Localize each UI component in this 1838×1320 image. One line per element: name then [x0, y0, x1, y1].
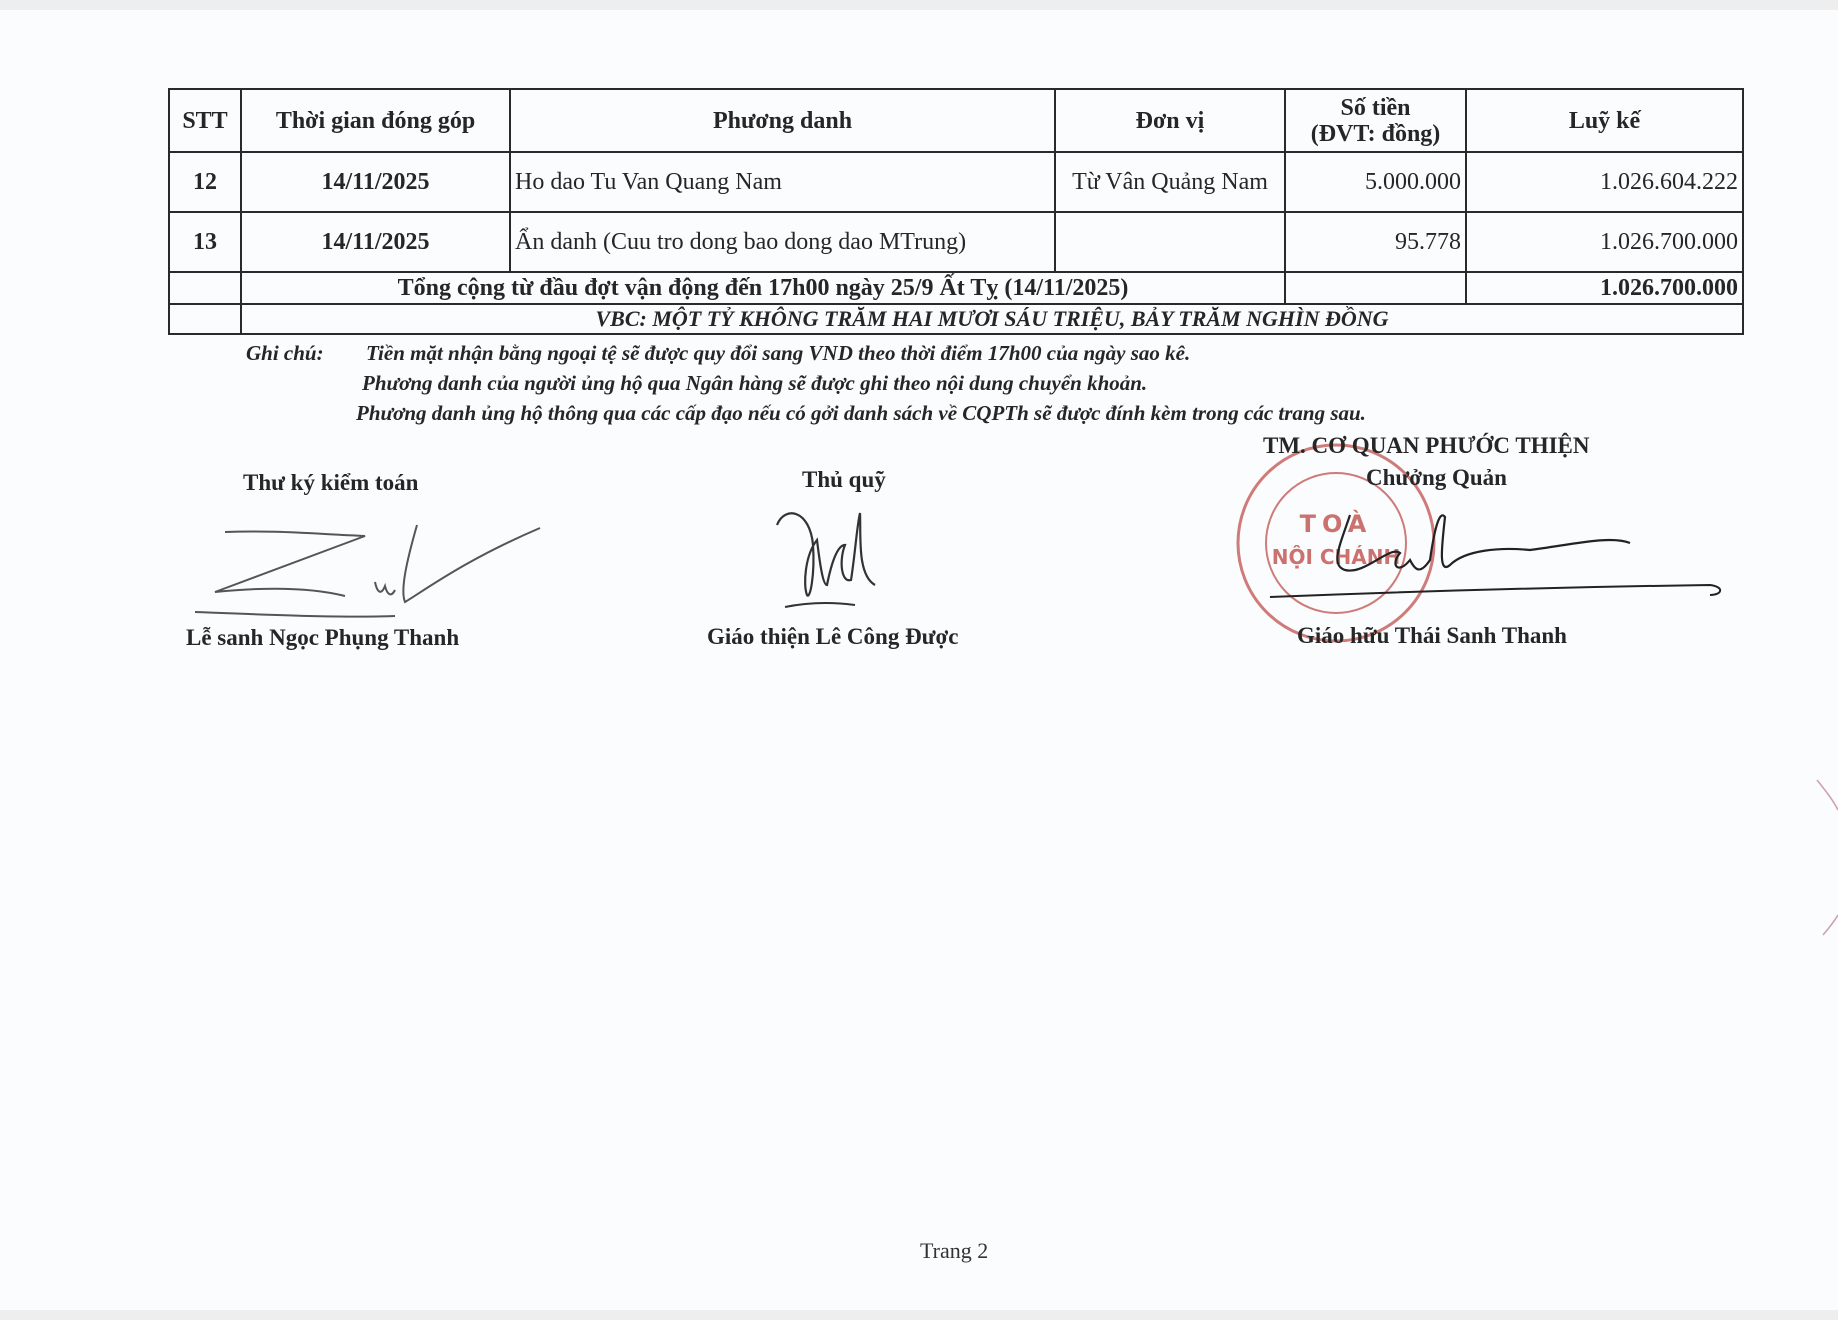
page-number: Trang 2 — [920, 1238, 988, 1264]
table-row: 13 14/11/2025 Ẩn danh (Cuu tro dong bao … — [169, 212, 1743, 272]
note-line: Phương danh ủng hộ thông qua các cấp đạo… — [356, 398, 1366, 428]
cell-stt: 13 — [169, 212, 241, 272]
cell-date: 14/11/2025 — [241, 212, 510, 272]
header-date: Thời gian đóng góp — [241, 89, 510, 152]
cell-amount: 95.778 — [1285, 212, 1466, 272]
total-label: Tổng cộng từ đầu đợt vận động đến 17h00 … — [241, 272, 1285, 304]
scan-bottom-edge — [0, 1310, 1838, 1320]
auditor-signature-icon — [195, 520, 555, 620]
cell-stt: 12 — [169, 152, 241, 212]
notes-label: Ghi chú: — [246, 338, 366, 368]
header-cumulative: Luỹ kế — [1466, 89, 1743, 152]
cell-name: Ho dao Tu Van Quang Nam — [510, 152, 1055, 212]
head-name: Giáo hữu Thái Sanh Thanh — [1297, 623, 1567, 649]
header-amount: Số tiền (ĐVT: đồng) — [1285, 89, 1466, 152]
table-row: 12 14/11/2025 Ho dao Tu Van Quang Nam Từ… — [169, 152, 1743, 212]
stamp-fragment-icon — [1815, 770, 1838, 950]
total-value: 1.026.700.000 — [1466, 272, 1743, 304]
cell-cumulative: 1.026.604.222 — [1466, 152, 1743, 212]
cell-amount: 5.000.000 — [1285, 152, 1466, 212]
header-stt: STT — [169, 89, 241, 152]
treasurer-signature-icon — [765, 505, 905, 615]
cell-name: Ẩn danh (Cuu tro dong bao dong dao MTrun… — [510, 212, 1055, 272]
header-unit: Đơn vị — [1055, 89, 1285, 152]
treasurer-name: Giáo thiện Lê Công Được — [707, 624, 958, 650]
cell-unit — [1055, 212, 1285, 272]
note-line: Phương danh của người ủng hộ qua Ngân hà… — [362, 368, 1147, 398]
donation-table: STT Thời gian đóng góp Phương danh Đơn v… — [168, 88, 1744, 335]
scan-top-edge — [0, 0, 1838, 10]
auditor-title: Thư ký kiểm toán — [243, 470, 418, 496]
table-header-row: STT Thời gian đóng góp Phương danh Đơn v… — [169, 89, 1743, 152]
head-title: Chưởng Quản — [1366, 465, 1507, 491]
org-title: TM. CƠ QUAN PHƯỚC THIỆN — [1263, 433, 1589, 459]
treasurer-title: Thủ quỹ — [802, 467, 886, 493]
note-line: Tiền mặt nhận bằng ngoại tệ sẽ được quy … — [366, 338, 1190, 368]
head-signature-icon — [1270, 505, 1730, 615]
amount-in-words: VBC: MỘT TỶ KHÔNG TRĂM HAI MƯƠI SÁU TRIỆ… — [241, 304, 1743, 334]
auditor-name: Lễ sanh Ngọc Phụng Thanh — [186, 625, 459, 651]
total-row: Tổng cộng từ đầu đợt vận động đến 17h00 … — [169, 272, 1743, 304]
header-name: Phương danh — [510, 89, 1055, 152]
cell-cumulative: 1.026.700.000 — [1466, 212, 1743, 272]
cell-unit: Từ Vân Quảng Nam — [1055, 152, 1285, 212]
amount-in-words-row: VBC: MỘT TỶ KHÔNG TRĂM HAI MƯƠI SÁU TRIỆ… — [169, 304, 1743, 334]
notes: Ghi chú: Tiền mặt nhận bằng ngoại tệ sẽ … — [246, 338, 1366, 428]
cell-date: 14/11/2025 — [241, 152, 510, 212]
